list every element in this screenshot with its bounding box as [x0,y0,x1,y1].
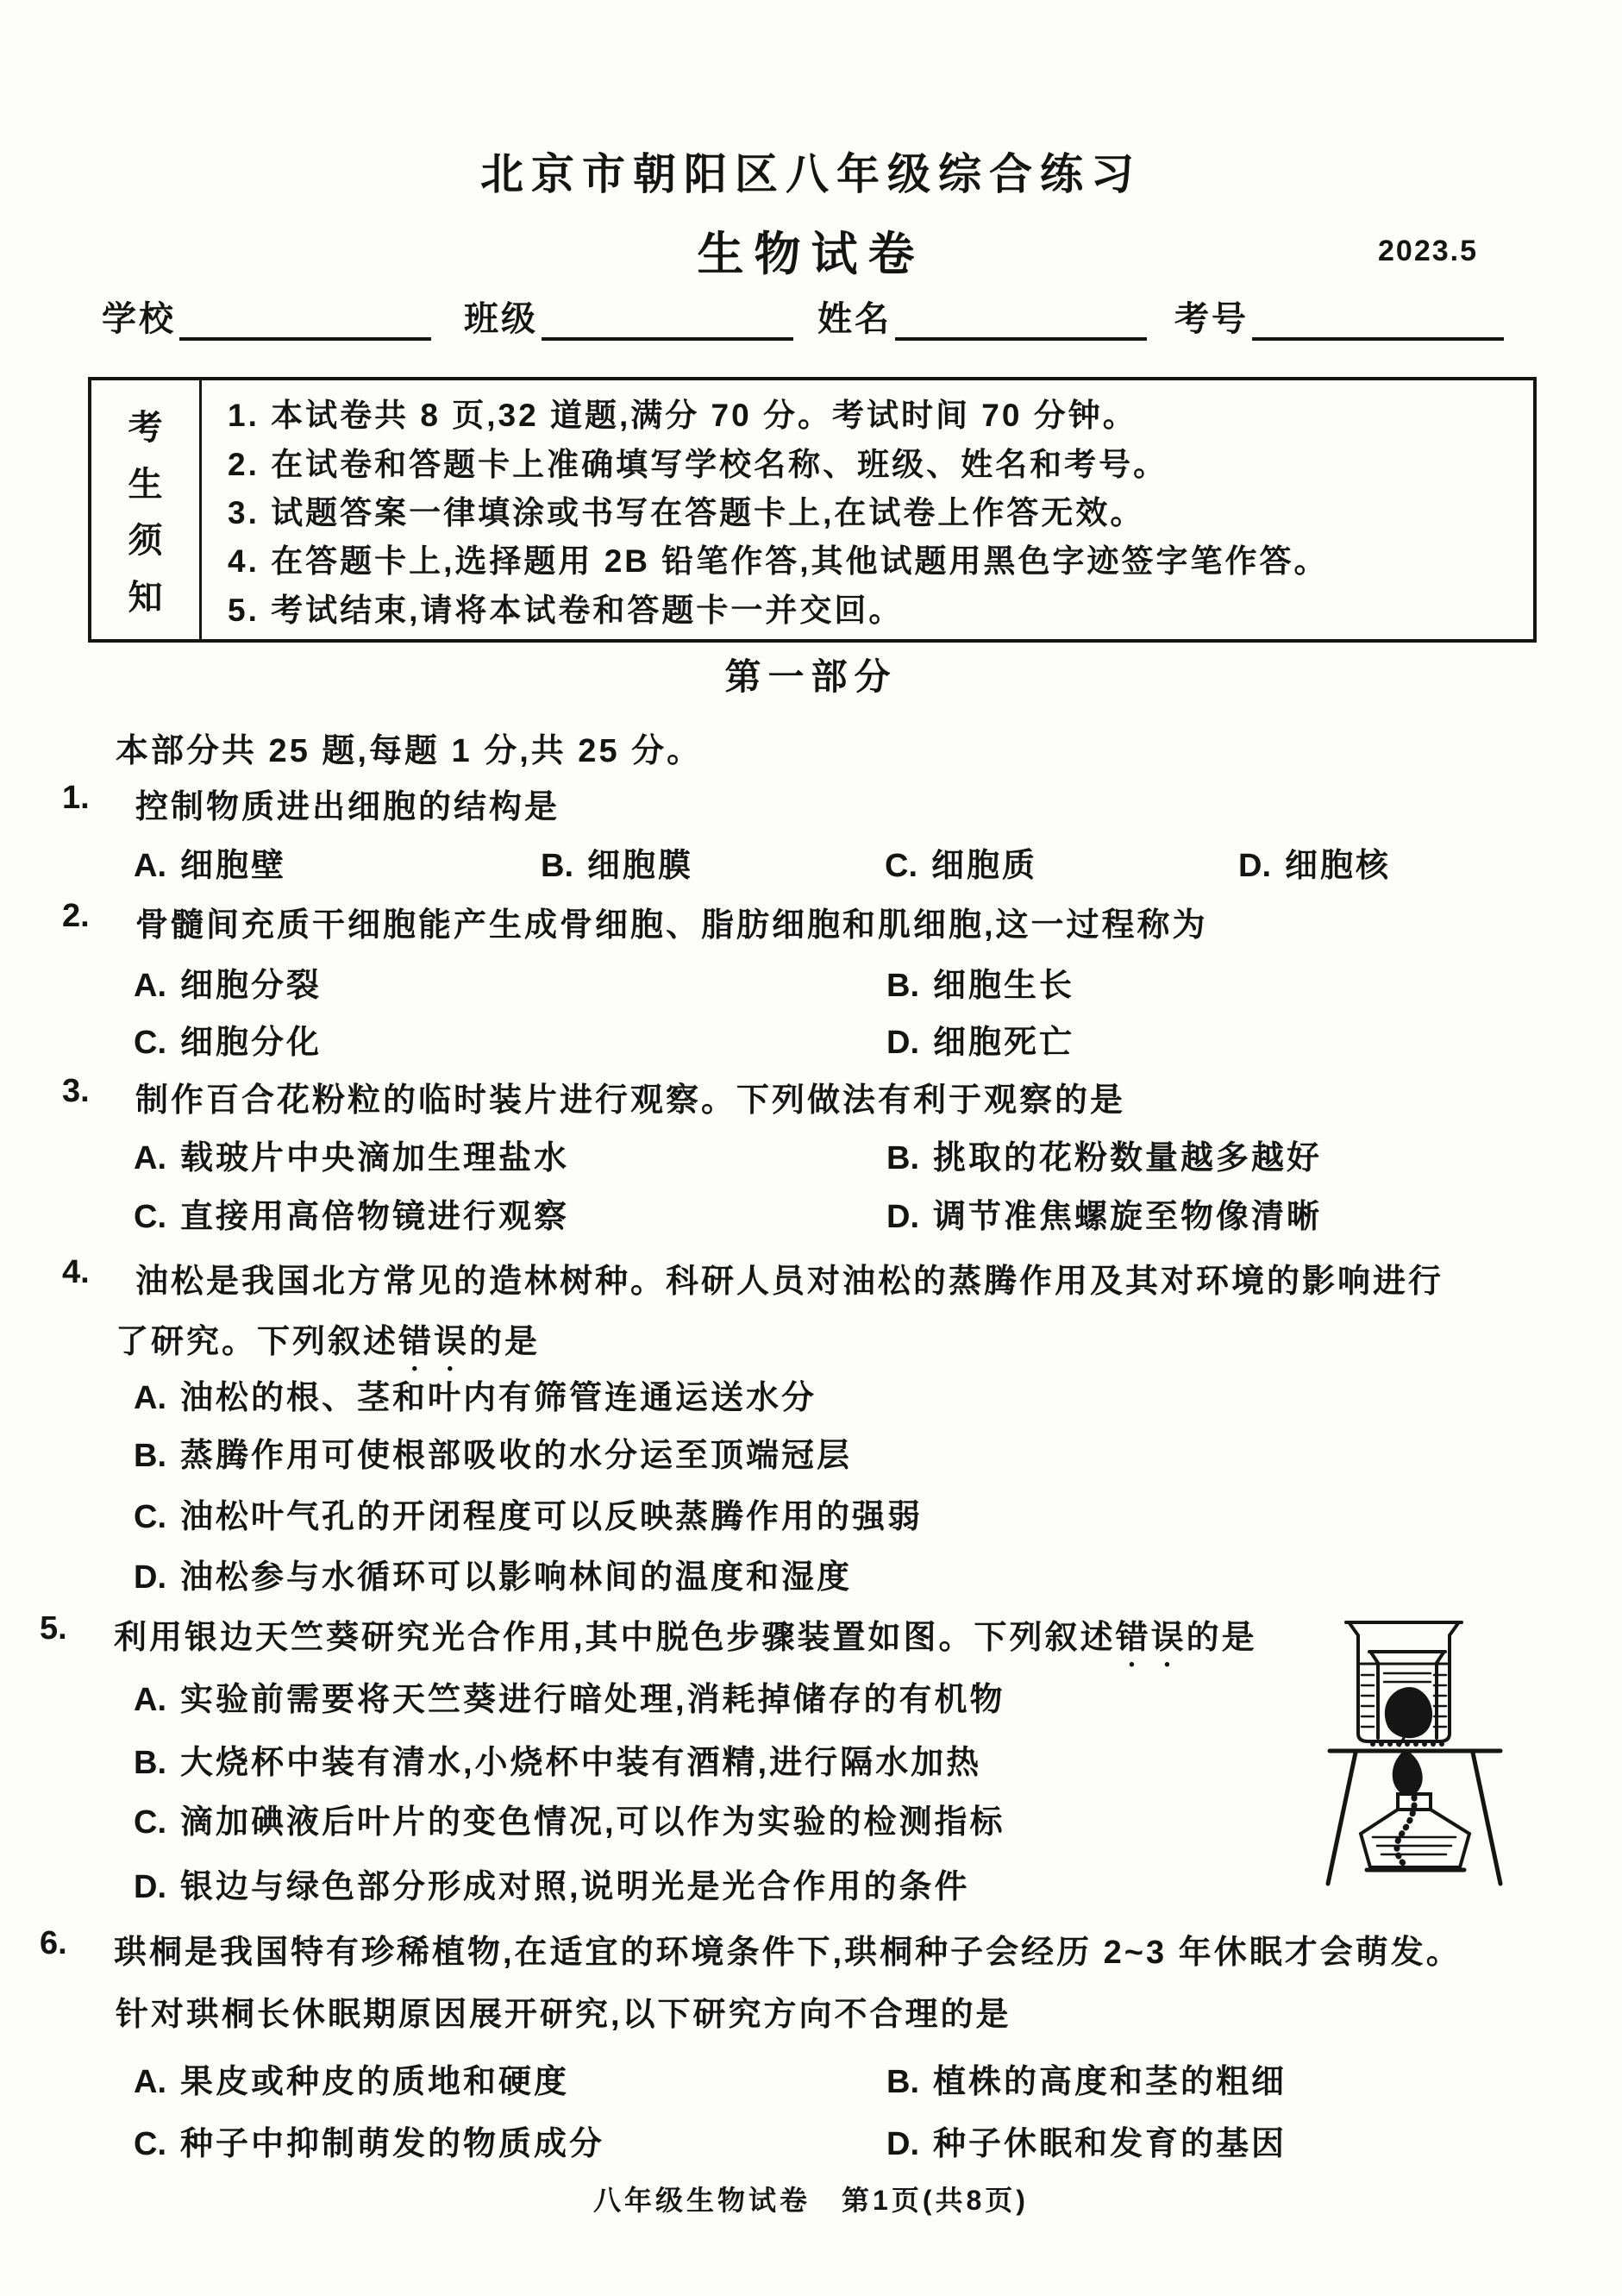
q2-option-d-label: D. [886,1025,919,1061]
q5-option-c-text: 滴加碘液后叶片的变色情况,可以作为实验的检测指标 [180,1804,1005,1841]
q2-option-a-text: 细胞分裂 [180,968,322,1004]
q1-option-c: C.细胞质 [885,838,1037,886]
q2-stem: 骨髓间充质干细胞能产生成骨细胞、脂肪细胞和肌细胞,这一过程称为 [135,898,1208,945]
q6-option-c-label: C. [134,2126,166,2162]
q6-option-a-text: 果皮或种皮的质地和硬度 [180,2064,569,2100]
q4-option-d-label: D. [134,1559,166,1596]
q4-stem-line2-post: 的是 [469,1324,540,1360]
q2-option-b: B.细胞生长 [886,958,1074,1006]
q3-option-b-label: B. [886,1140,919,1176]
exam-number-field-blank [1252,308,1504,341]
q5-option-b-label: B. [134,1745,166,1781]
q1-stem: 控制物质进出细胞的结构是 [135,780,560,827]
exam-paper-page: 北京市朝阳区八年级综合练习 生物试卷 2023.5 学校 班级 姓名 考号 考 … [0,0,1622,2296]
leaf-icon [1386,1688,1431,1746]
q5-option-a: A.实验前需要将天竺葵进行暗处理,消耗掉储存的有机物 [134,1672,1005,1720]
q3-option-c-text: 直接用高倍物镜进行观察 [180,1199,569,1235]
q2-option-a-label: A. [134,968,166,1004]
q4-stem-line2-pre: 了研究。下列叙述 [116,1324,398,1360]
candidate-notice-box: 考 生 须 知 1. 本试卷共 8 页,32 道题,满分 70 分。考试时间 7… [88,377,1537,643]
school-field-blank [179,308,431,341]
q6-number: 6. [40,1925,67,1962]
q5-option-d-text: 银边与绿色部分形成对照,说明光是光合作用的条件 [180,1869,970,1905]
q5-option-a-label: A. [134,1682,166,1718]
q3-stem: 制作百合花粉粒的临时装片进行观察。下列做法有利于观察的是 [135,1073,1125,1120]
q5-stem-emphasis: 错误 [1116,1620,1187,1656]
q1-number: 1. [62,780,90,817]
flame-icon [1393,1752,1422,1795]
q6-option-a: A.果皮或种皮的质地和硬度 [134,2054,569,2102]
q4-stem-line1: 油松是我国北方常见的造林树种。科研人员对油松的蒸腾作用及其对环境的影响进行 [135,1254,1444,1302]
q2-option-c-label: C. [134,1025,166,1061]
q6-option-a-label: A. [134,2064,166,2100]
q1-option-c-text: 细胞质 [931,848,1037,884]
q4-option-b-text: 蒸腾作用可使根部吸收的水分运至顶端冠层 [180,1438,852,1474]
q3-option-a: A.载玻片中央滴加生理盐水 [134,1131,569,1178]
notice-item: 5. 考试结束,请将本试卷和答题卡一并交回。 [228,584,1525,630]
q1-option-b: B.细胞膜 [541,838,693,886]
notice-side-char: 知 [128,570,163,619]
q3-option-a-text: 载玻片中央滴加生理盐水 [180,1140,569,1176]
exam-date: 2023.5 [1378,235,1478,268]
q5-stem-post: 的是 [1187,1620,1257,1656]
q6-option-c: C.种子中抑制萌发的物质成分 [134,2117,604,2164]
q3-option-d-text: 调节准焦螺旋至物像清晰 [933,1199,1322,1235]
q1-option-c-label: C. [885,848,917,884]
q1-option-b-label: B. [541,848,573,884]
section-title: 第一部分 [0,649,1622,700]
name-field-blank [895,308,1147,341]
q1-option-d-text: 细胞核 [1285,848,1391,884]
notice-item: 4. 在答题卡上,选择题用 2B 铅笔作答,其他试题用黑色字迹签字笔作答。 [228,535,1525,581]
q6-option-d: D.种子休眠和发育的基因 [886,2117,1287,2164]
q6-stem-line1: 珙桐是我国特有珍稀植物,在适宜的环境条件下,珙桐种子会经历 2~3 年休眠才会萌… [114,1925,1462,1973]
notice-side-char: 考 [128,400,163,449]
q5-option-d: D.银边与绿色部分形成对照,说明光是光合作用的条件 [134,1860,970,1907]
q6-option-d-label: D. [886,2126,919,2162]
school-field: 学校 [102,292,431,341]
q5-option-a-text: 实验前需要将天竺葵进行暗处理,消耗掉储存的有机物 [180,1682,1005,1718]
q2-option-b-text: 细胞生长 [933,968,1074,1004]
q3-option-d-label: D. [886,1199,919,1235]
candidate-notice-items: 1. 本试卷共 8 页,32 道题,满分 70 分。考试时间 70 分钟。 2.… [202,380,1533,639]
q4-option-b: B.蒸腾作用可使根部吸收的水分运至顶端冠层 [134,1428,852,1476]
notice-side-char: 生 [128,457,163,506]
q3-option-c-label: C. [134,1199,166,1235]
q1-option-a-text: 细胞壁 [180,848,286,884]
q3-option-b: B.挑取的花粉数量越多越好 [886,1131,1322,1178]
q1-option-b-text: 细胞膜 [587,848,693,884]
exam-title: 北京市朝阳区八年级综合练习 [0,140,1622,202]
class-field-blank [542,308,793,341]
name-field: 姓名 [817,292,1147,341]
candidate-notice-side-label: 考 生 须 知 [91,380,202,639]
q3-option-b-text: 挑取的花粉数量越多越好 [933,1140,1322,1176]
class-field-label: 班级 [464,292,538,341]
q4-stem-line2: 了研究。下列叙述错误的是 [116,1314,540,1378]
alcohol-lamp-icon [1361,1794,1469,1870]
q1-option-a: A.细胞壁 [134,838,286,886]
q4-number: 4. [62,1254,90,1291]
section-intro: 本部分共 25 题,每题 1 分,共 25 分。 [116,724,702,771]
class-field: 班级 [464,292,793,341]
q2-option-d-text: 细胞死亡 [933,1025,1074,1061]
q4-option-a-label: A. [134,1380,166,1416]
q3-option-a-label: A. [134,1140,166,1176]
q5-number: 5. [40,1610,67,1647]
q5-option-b-text: 大烧杯中装有清水,小烧杯中装有酒精,进行隔水加热 [180,1745,981,1781]
q6-option-c-text: 种子中抑制萌发的物质成分 [180,2126,604,2162]
decolorization-apparatus-figure [1318,1615,1516,1891]
notice-item: 1. 本试卷共 8 页,32 道题,满分 70 分。考试时间 70 分钟。 [228,389,1525,436]
q2-option-d: D.细胞死亡 [886,1015,1074,1063]
q5-option-c: C.滴加碘液后叶片的变色情况,可以作为实验的检测指标 [134,1795,1005,1842]
notice-item: 3. 试题答案一律填涂或书写在答题卡上,在试卷上作答无效。 [228,486,1525,533]
school-field-label: 学校 [102,292,176,341]
q3-option-d: D.调节准焦螺旋至物像清晰 [886,1189,1322,1237]
q4-option-c: C.油松叶气孔的开闭程度可以反映蒸腾作用的强弱 [134,1490,923,1537]
q5-stem-pre: 利用银边天竺葵研究光合作用,其中脱色步骤装置如图。下列叙述 [114,1620,1116,1656]
q4-option-d: D.油松参与水循环可以影响林间的温度和湿度 [134,1550,852,1597]
q2-number: 2. [62,898,90,935]
q3-number: 3. [62,1073,90,1110]
lamp-wick-icon [1397,1797,1414,1863]
page-footer: 八年级生物试卷 第1页(共8页) [0,2179,1622,2218]
q6-option-b-text: 植株的高度和茎的粗细 [933,2064,1287,2100]
q4-option-c-text: 油松叶气孔的开闭程度可以反映蒸腾作用的强弱 [180,1499,923,1535]
q1-option-d: D.细胞核 [1238,838,1391,886]
q1-option-d-label: D. [1238,848,1271,884]
exam-number-field-label: 考号 [1174,292,1249,341]
q1-option-a-label: A. [134,848,166,884]
q5-option-c-label: C. [134,1804,166,1841]
notice-item: 2. 在试卷和答题卡上准确填写学校名称、班级、姓名和考号。 [228,438,1525,485]
q4-option-a-text: 油松的根、茎和叶内有筛管连通运送水分 [180,1380,817,1416]
q2-option-a: A.细胞分裂 [134,958,322,1006]
q6-stem-line2: 针对珙桐长休眠期原因展开研究,以下研究方向不合理的是 [116,1987,1011,2035]
q2-option-c: C.细胞分化 [134,1015,322,1063]
name-field-label: 姓名 [817,292,892,341]
exam-number-field: 考号 [1174,292,1504,341]
q6-option-b-label: B. [886,2064,919,2100]
q4-option-c-label: C. [134,1499,166,1535]
q4-option-d-text: 油松参与水循环可以影响林间的温度和湿度 [180,1559,852,1596]
q2-option-b-label: B. [886,968,919,1004]
q5-stem: 利用银边天竺葵研究光合作用,其中脱色步骤装置如图。下列叙述错误的是 [114,1610,1257,1674]
q2-option-c-text: 细胞分化 [180,1025,322,1061]
q4-option-a: A.油松的根、茎和叶内有筛管连通运送水分 [134,1371,817,1418]
q3-option-c: C.直接用高倍物镜进行观察 [134,1189,569,1237]
wire-gauze-icon [1370,1741,1444,1747]
q5-option-b: B.大烧杯中装有清水,小烧杯中装有酒精,进行隔水加热 [134,1735,981,1783]
q4-option-b-label: B. [134,1438,166,1474]
notice-side-char: 须 [128,513,163,562]
q6-option-b: B.植株的高度和茎的粗细 [886,2054,1287,2102]
q4-stem-emphasis: 错误 [398,1324,469,1360]
q5-option-d-label: D. [134,1869,166,1905]
q6-option-d-text: 种子休眠和发育的基因 [933,2126,1287,2162]
